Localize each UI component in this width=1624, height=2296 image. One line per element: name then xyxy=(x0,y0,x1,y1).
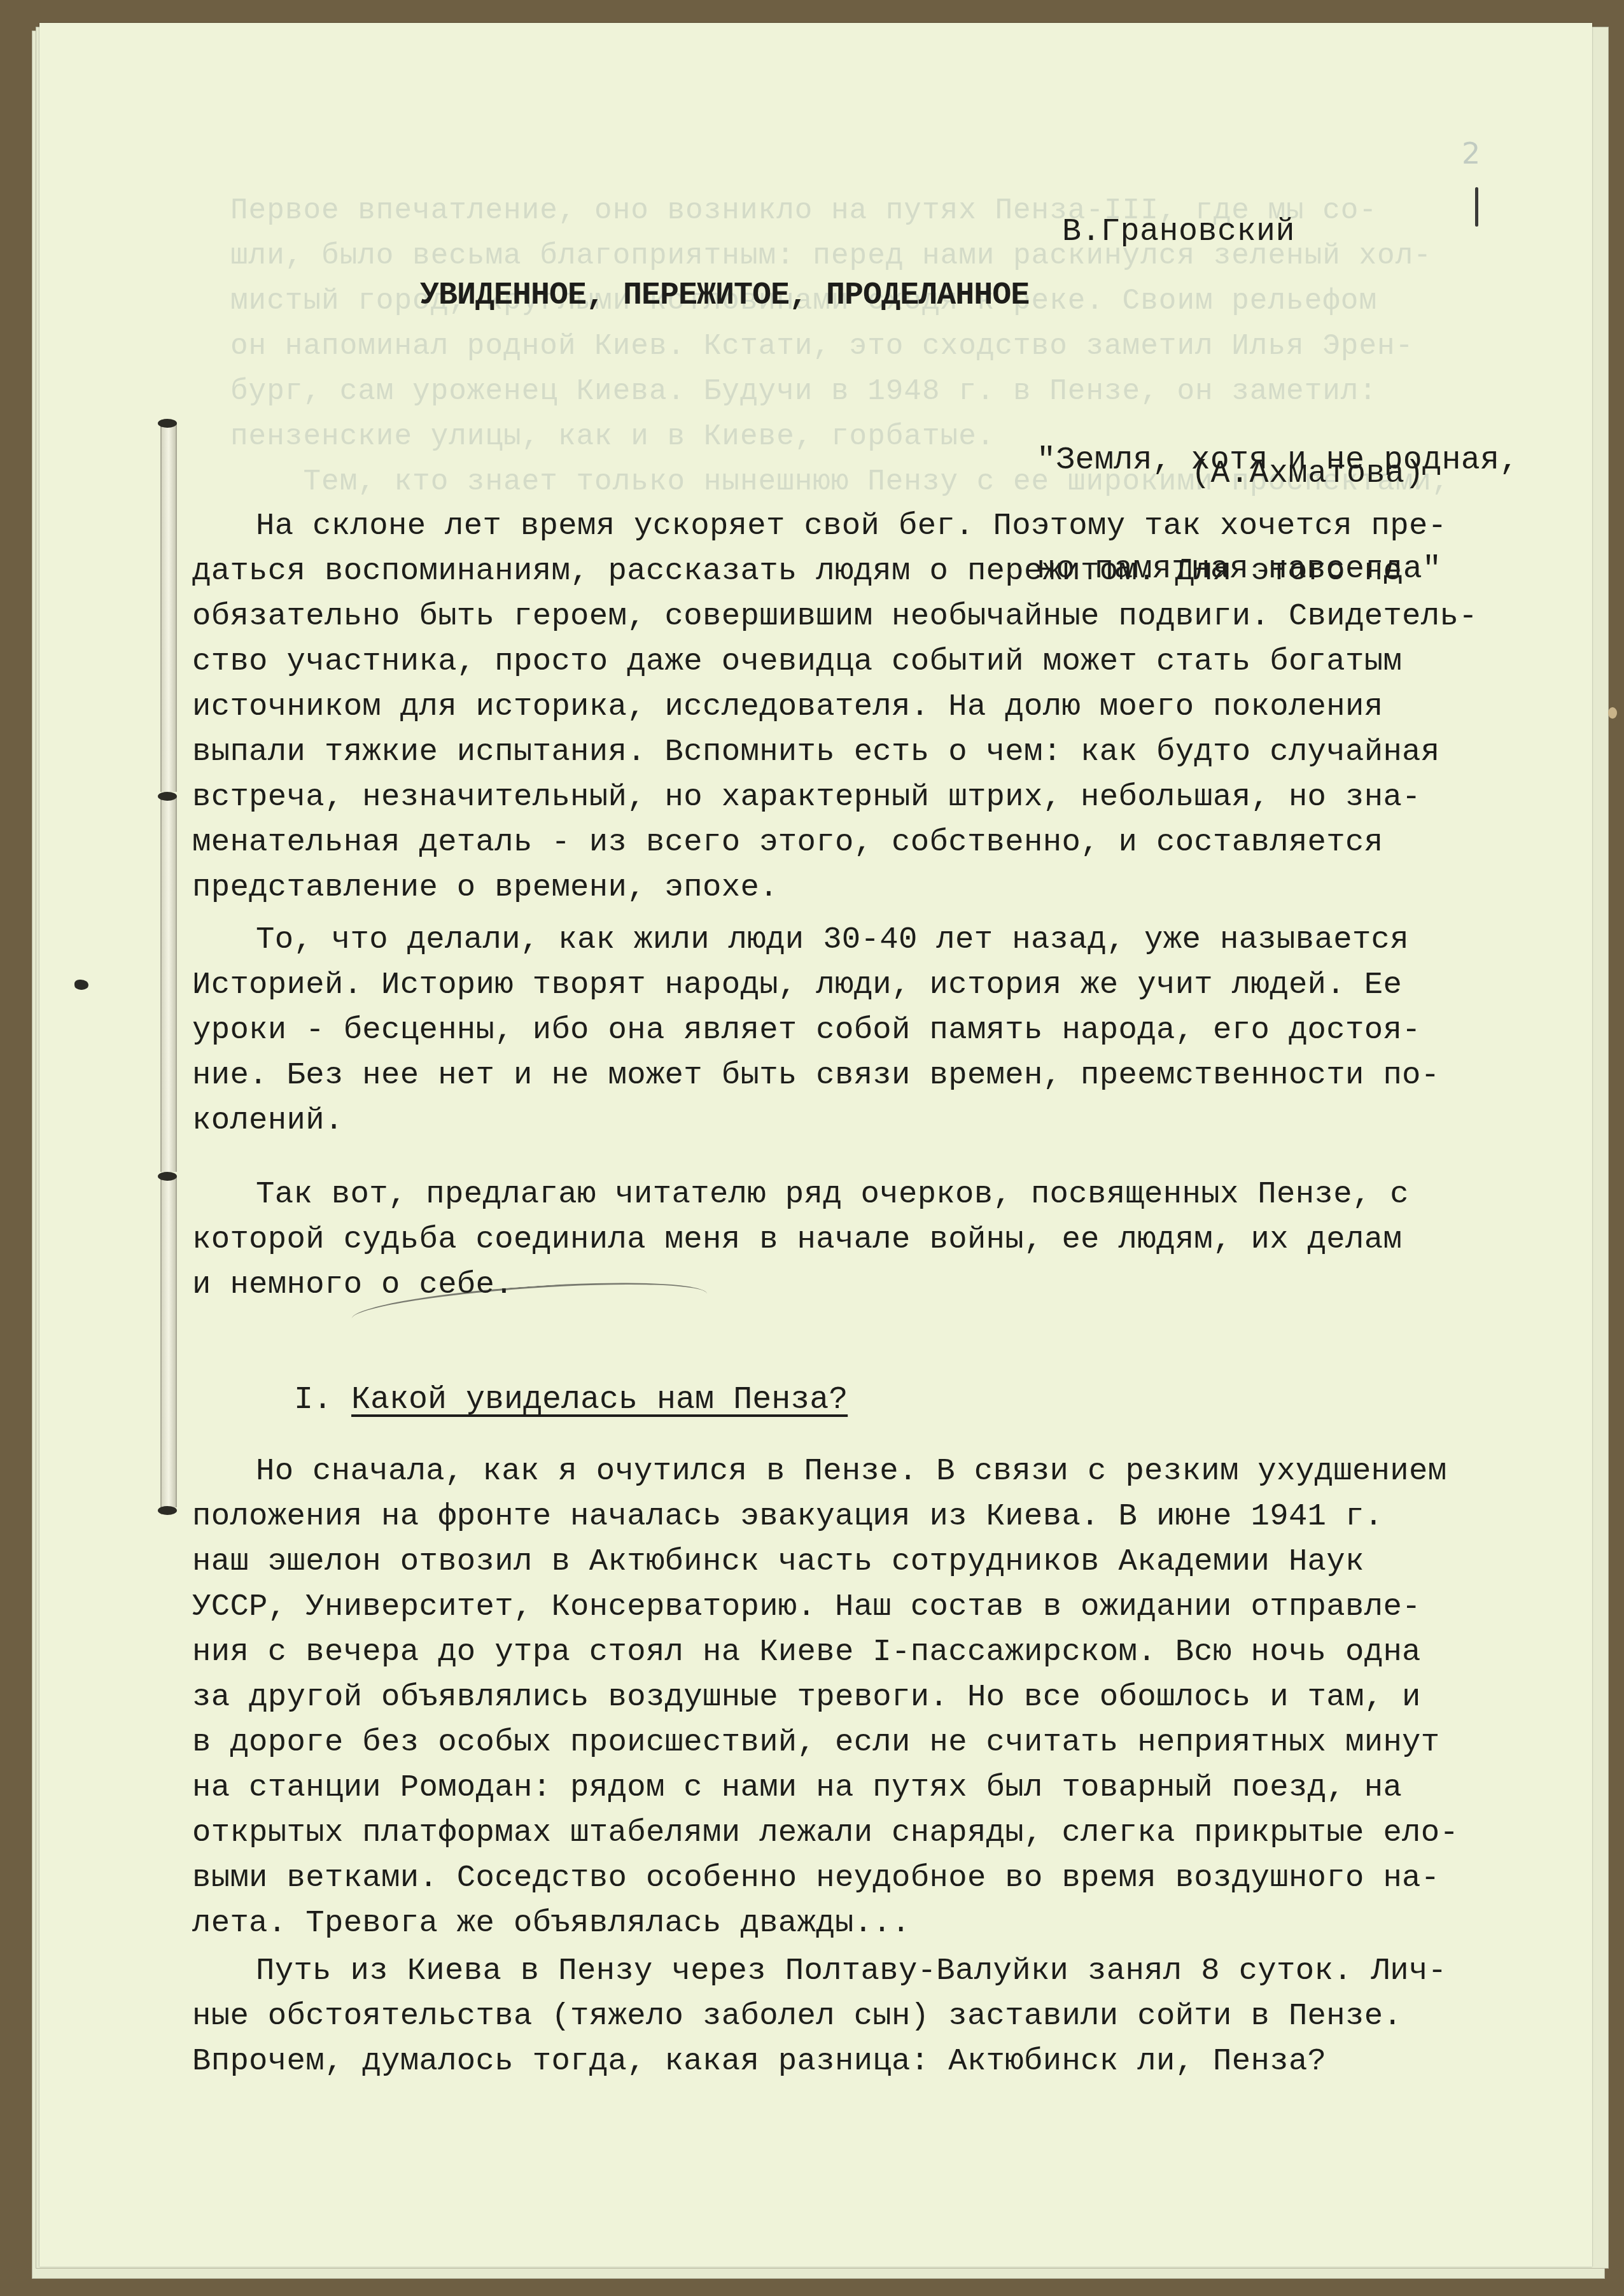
section-heading: I. Какой увиделась нам Пенза? xyxy=(294,1382,848,1418)
epigraph-source: (А.Ахматова) xyxy=(1191,456,1424,492)
text-line: уроки - бесценны, ибо она являет собой п… xyxy=(192,1008,1560,1053)
text-line: обязательно быть героем, совершившим нео… xyxy=(192,594,1560,639)
pencil-mark xyxy=(1475,187,1478,227)
text-line: Впрочем, думалось тогда, какая разница: … xyxy=(192,2039,1560,2084)
paragraph: На склоне лет время ускоряет свой бег. П… xyxy=(192,504,1560,910)
text-line: источником для историка, исследователя. … xyxy=(192,684,1560,729)
paragraph: Так вот, предлагаю читателю ряд очерков,… xyxy=(192,1172,1560,1307)
text-line: ство участника, просто даже очевидца соб… xyxy=(192,639,1560,684)
paragraph: Путь из Киева в Пензу через Полтаву-Валу… xyxy=(192,1948,1560,2084)
text-line: менательная деталь - из всего этого, соб… xyxy=(192,820,1560,865)
text-line: в дороге без особых происшествий, если н… xyxy=(192,1720,1560,1765)
binding-thread xyxy=(160,796,177,1172)
text-line: лета. Тревога же объявлялась дважды... xyxy=(192,1901,1560,1946)
paragraph: Но сначала, как я очутился в Пензе. В св… xyxy=(192,1449,1560,1946)
text-line: открытых платформах штабелями лежали сна… xyxy=(192,1810,1560,1856)
text-line: и немного о себе. xyxy=(192,1262,1560,1307)
section-number: I. xyxy=(294,1382,332,1418)
text-line: колений. xyxy=(192,1098,1560,1143)
typewritten-page: Первое впечатление, оно возникло на путя… xyxy=(39,23,1592,2267)
text-line: выпали тяжкие испытания. Вспомнить есть … xyxy=(192,729,1560,775)
text-line: наш эшелон отвозил в Актюбинск часть сот… xyxy=(192,1539,1560,1584)
text-line: ные обстоятельства (тяжело заболел сын) … xyxy=(192,1994,1560,2039)
text-line: Путь из Киева в Пензу через Полтаву-Валу… xyxy=(192,1948,1560,1994)
text-line: выми ветками. Соседство особенно неудобн… xyxy=(192,1856,1560,1901)
ink-smudge xyxy=(74,980,88,990)
text-line: ния с вечера до утра стоял на Киеве I-па… xyxy=(192,1630,1560,1675)
document-title: УВИДЕННОЕ, ПЕРЕЖИТОЕ, ПРОДЕЛАННОЕ xyxy=(420,278,1029,314)
text-line: положения на фронте началась эвакуация и… xyxy=(192,1494,1560,1539)
text-line: за другой объявлялись воздушные тревоги.… xyxy=(192,1675,1560,1720)
text-line: встреча, незначительный, но характерный … xyxy=(192,775,1560,820)
binding-hole xyxy=(158,1506,177,1515)
text-line: Так вот, предлагаю читателю ряд очерков,… xyxy=(192,1172,1560,1217)
section-title: Какой увиделась нам Пенза? xyxy=(351,1382,848,1418)
text-line: То, что делали, как жили люди 30-40 лет … xyxy=(192,917,1560,962)
text-line: УССР, Университет, Консерваторию. Наш со… xyxy=(192,1584,1560,1630)
text-line: представление о времени, эпохе. xyxy=(192,865,1560,910)
text-line: Но сначала, как я очутился в Пензе. В св… xyxy=(192,1449,1560,1494)
page-number-faint: 2 xyxy=(1462,136,1480,171)
paragraph: То, что делали, как жили люди 30-40 лет … xyxy=(192,917,1560,1143)
text-line: даться воспоминаниям, рассказать людям о… xyxy=(192,549,1560,594)
binding-hole xyxy=(158,419,177,428)
binding-thread xyxy=(160,423,177,792)
text-line: Историей. Историю творят народы, люди, и… xyxy=(192,962,1560,1008)
binding-hole xyxy=(158,1172,177,1181)
binding-hole xyxy=(158,792,177,801)
text-line: на станции Ромодан: рядом с нами на путя… xyxy=(192,1765,1560,1810)
text-line: На склоне лет время ускоряет свой бег. П… xyxy=(192,504,1560,549)
text-line: ние. Без нее нет и не может быть связи в… xyxy=(192,1053,1560,1098)
paper-stain xyxy=(1608,707,1617,719)
binding-thread xyxy=(160,1176,177,1507)
text-line: которой судьба соединила меня в начале в… xyxy=(192,1217,1560,1262)
author-name: В.Грановский xyxy=(1062,214,1295,250)
